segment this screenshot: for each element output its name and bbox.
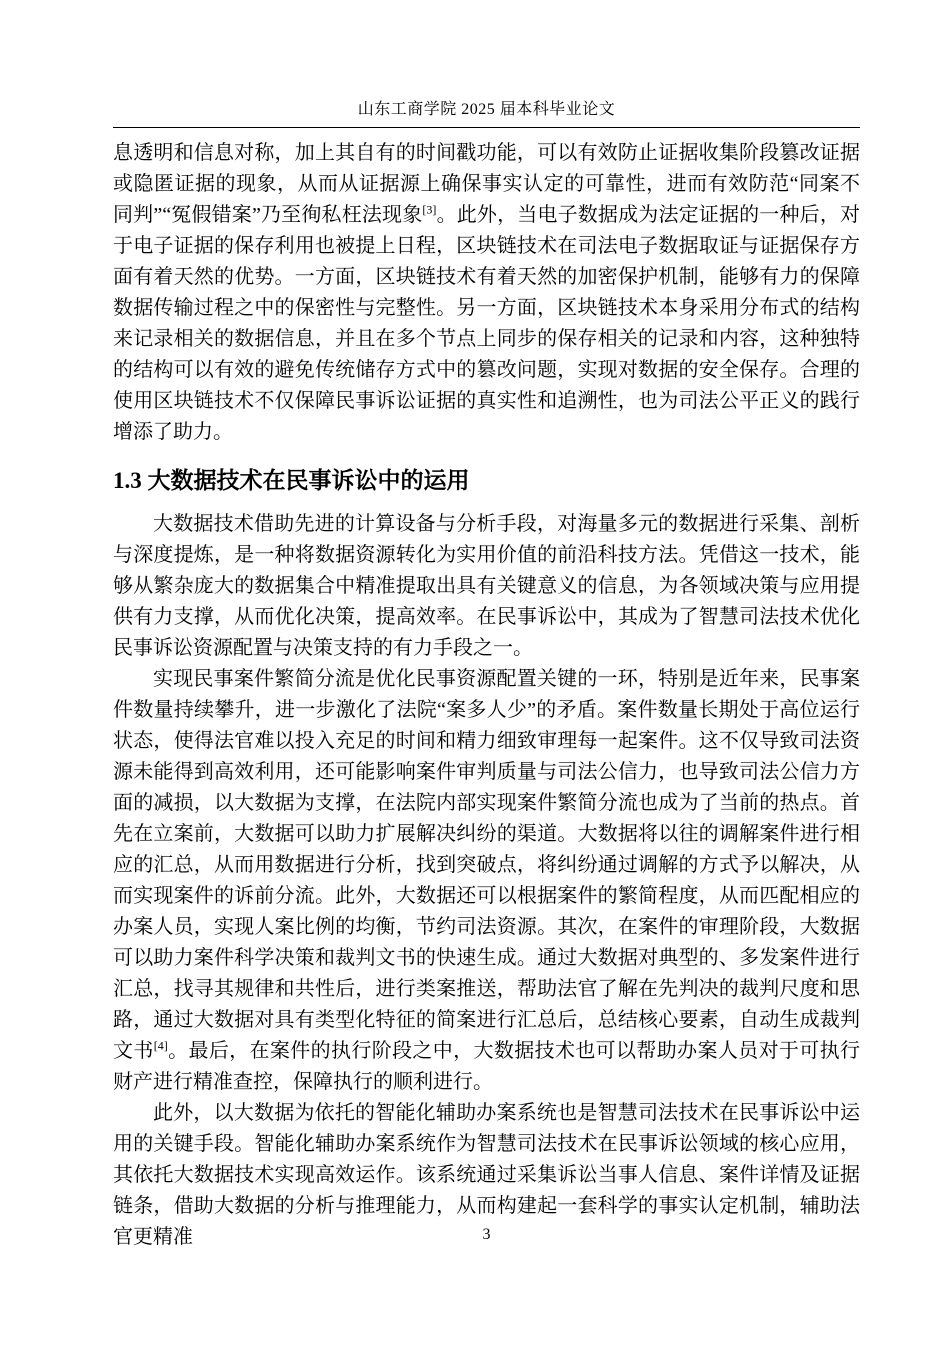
page-header: 山东工商学院 2025 届本科毕业论文 — [113, 100, 860, 128]
page-number: 3 — [483, 1226, 491, 1243]
paragraph: 大数据技术借助先进的计算设备与分析手段，对海量多元的数据进行采集、剖析与深度提炼… — [113, 509, 860, 664]
paragraph: 实现民事案件繁简分流是优化民事资源配置关键的一环，特别是近年来，民事案件数量持续… — [113, 664, 860, 1098]
page-footer: 3 — [113, 1226, 860, 1244]
section-heading: 1.3 大数据技术在民事诉讼中的运用 — [113, 465, 860, 496]
header-title: 山东工商学院 2025 届本科毕业论文 — [358, 101, 616, 118]
paragraph: 息透明和信息对称，加上其自有的时间戳功能，可以有效防止证据收集阶段篡改证据或隐匿… — [113, 138, 860, 448]
thesis-page: 山东工商学院 2025 届本科毕业论文 息透明和信息对称，加上其自有的时间戳功能… — [0, 0, 950, 1345]
document-body: 息透明和信息对称，加上其自有的时间戳功能，可以有效防止证据收集阶段篡改证据或隐匿… — [113, 138, 860, 1253]
citation-ref: [4] — [154, 1038, 168, 1052]
citation-ref: [3] — [422, 202, 436, 216]
